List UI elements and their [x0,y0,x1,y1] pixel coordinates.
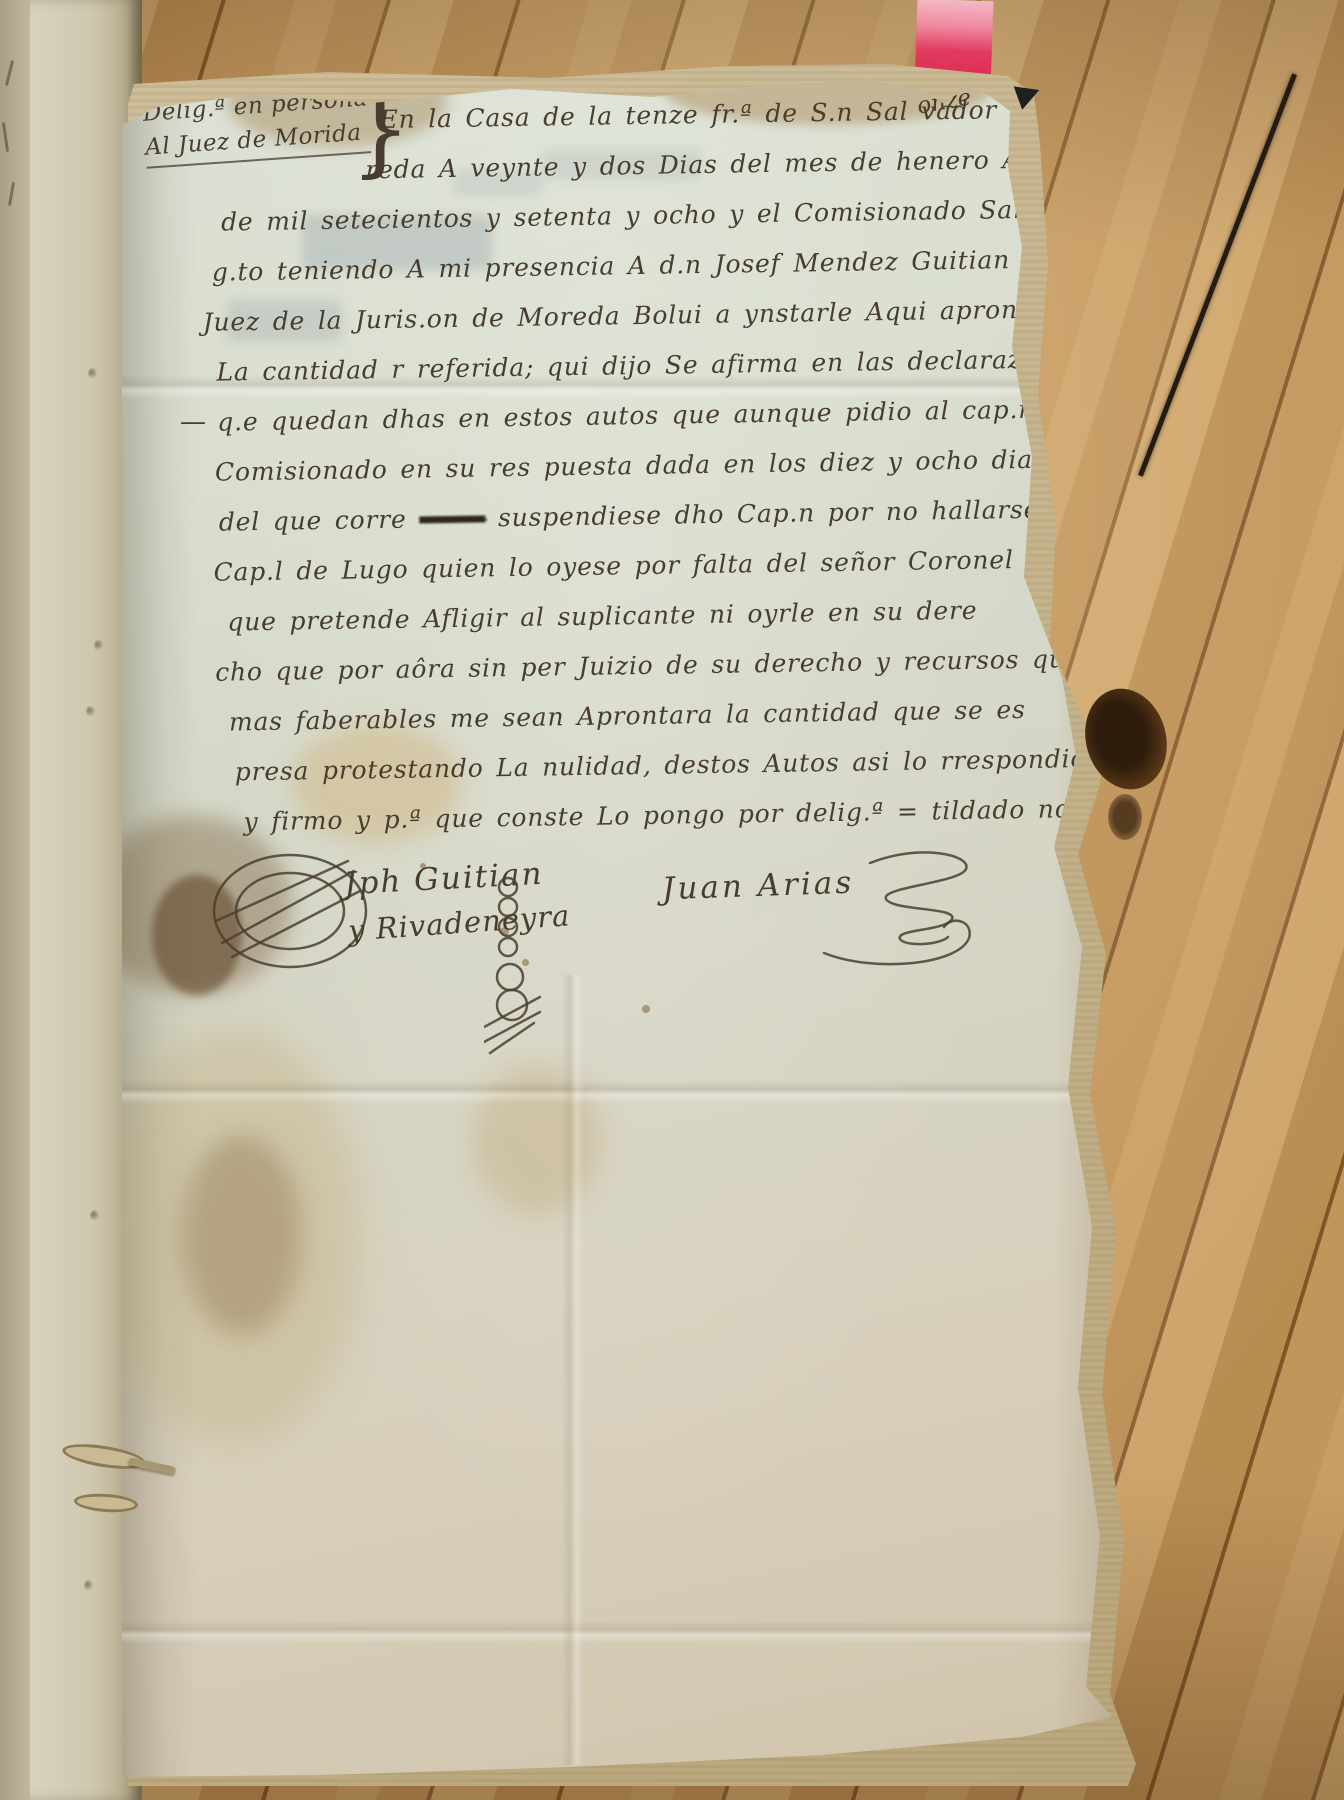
binding-hole [90,1210,99,1221]
rubric-flourish-right [812,845,977,990]
binding-hole [88,368,97,379]
book-cover-edge [0,0,34,1800]
manuscript-text-block: En la Casa de la tenze fr.ª de S.n Sal v… [194,84,1086,848]
fold-crease-vertical [562,975,584,1765]
ink-speck [642,1005,650,1013]
fold-crease [122,1620,1114,1644]
binding-hole [84,1580,93,1591]
dark-spot-blemish [1108,794,1142,840]
photo-of-manuscript: { "marginalia": { "note_line1": "Delig.ª… [0,0,1344,1800]
binding-hole [94,640,103,651]
manuscript-page: Delig.ª en persona Al Juez de Morida } o… [122,75,1114,1777]
crossed-out-word: ——— [419,503,485,533]
binding-hole [86,706,95,717]
stain-left-lower [182,1135,302,1335]
fold-crease [122,1080,1114,1104]
rubric-chain-doodle [484,875,544,1060]
